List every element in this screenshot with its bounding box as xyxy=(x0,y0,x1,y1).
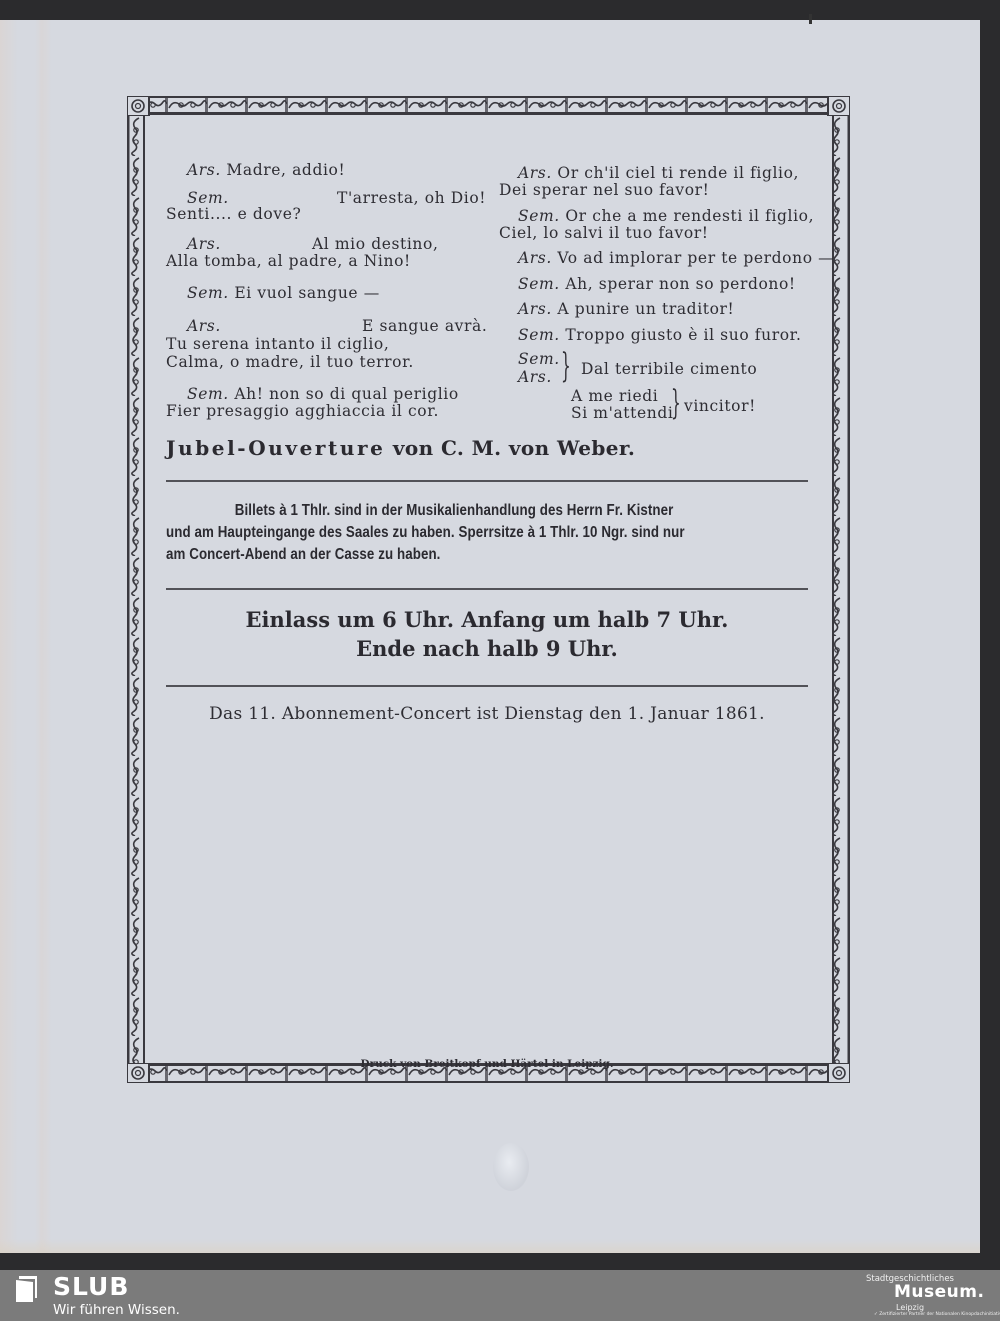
verse-text: T'arresta, oh Dio! xyxy=(337,189,486,207)
libretto-line: Sem. Ah! non so di qual periglio xyxy=(187,385,459,403)
libretto-line: Ars. A punire un traditor! xyxy=(518,300,734,318)
divider xyxy=(166,480,808,482)
role-label: Ars. xyxy=(518,164,552,182)
libretto-line: Sem. Ah, sperar non so perdono! xyxy=(518,275,796,293)
role-label: Sem. xyxy=(187,385,229,403)
overture-title: Jubel-Ouverture von C. M. von Weber. xyxy=(166,436,635,460)
ticket-info: Billets à 1 Thlr. sind in der Musikalien… xyxy=(166,500,720,566)
verse-text: Calma, o madre, il tuo terror. xyxy=(166,353,414,371)
ticket-info-line: Billets à 1 Thlr. sind in der Musikalien… xyxy=(166,500,720,522)
ticket-info-line: am Concert-Abend an der Casse zu haben. xyxy=(166,544,720,566)
libretto-line: Sem. Troppo giusto è il suo furor. xyxy=(518,326,801,344)
duet-line: Dal terribile cimento xyxy=(581,360,757,378)
viewer-footer: SLUB Wir führen Wissen. Stadtgeschichtli… xyxy=(0,1270,1000,1321)
verse-text: Alla tomba, al padre, a Nino! xyxy=(166,252,411,270)
brace-icon: } xyxy=(561,346,571,386)
printer-imprint: Druck von Breitkopf und Härtel in Leipzi… xyxy=(166,1058,808,1070)
libretto-line: Ars. Or ch'il ciel ti rende il figlio, xyxy=(518,164,799,182)
duet-ending: vincitor! xyxy=(684,397,756,415)
verse-text: Or che a me rendesti il figlio, xyxy=(565,207,814,225)
verse-text: Dei sperar nel suo favor! xyxy=(499,181,709,199)
end-time: Ende nach halb 9 Uhr. xyxy=(166,636,808,661)
libretto-line: Alla tomba, al padre, a Nino! xyxy=(166,252,411,270)
document-content: Ars. Madre, addio! Sem. T'arresta, oh Di… xyxy=(0,0,1000,1321)
duet-split-line: Si m'attendi xyxy=(571,404,673,422)
next-concert-notice: Das 11. Abonnement-Concert ist Dienstag … xyxy=(166,704,808,724)
role-label: Ars. xyxy=(187,317,221,335)
museum-city: Leipzig xyxy=(896,1303,924,1312)
role-label: Sem. xyxy=(518,326,560,344)
slub-tagline: Wir führen Wissen. xyxy=(53,1302,180,1318)
verse-text: Ciel, lo salvi il tuo favor! xyxy=(499,224,709,242)
museum-logo-text[interactable]: Museum. xyxy=(894,1282,984,1302)
verse-text: Al mio destino, xyxy=(312,235,438,253)
role-label: Ars. xyxy=(518,300,552,318)
verse-text: Ah, sperar non so perdono! xyxy=(565,275,795,293)
role-label: Sem. xyxy=(187,284,229,302)
libretto-line: E sangue avrà. xyxy=(362,317,487,335)
role-label: Sem. xyxy=(518,275,560,293)
verse-text: Ei vuol sangue — xyxy=(234,284,379,302)
libretto-line: Ars. Madre, addio! xyxy=(187,161,345,179)
libretto-line: Senti.... e dove? xyxy=(166,205,301,223)
museum-certification: ✓ Zertifizierter Partner der Nationalen … xyxy=(874,1312,1000,1317)
verse-text: Fier presaggio agghiaccia il cor. xyxy=(166,402,439,420)
slub-logo-text[interactable]: SLUB xyxy=(53,1272,129,1301)
overture-composer: von C. M. von Weber. xyxy=(393,436,635,460)
libretto-line: Ars. xyxy=(187,317,221,335)
brace-icon: } xyxy=(671,383,681,423)
embossed-seal-icon xyxy=(493,1143,529,1191)
libretto-line: Tu serena intanto il ciglio, xyxy=(166,335,389,353)
libretto-line: Sem. Or che a me rendesti il figlio, xyxy=(518,207,814,225)
role-label: Ars. xyxy=(187,161,221,179)
libretto-line: Calma, o madre, il tuo terror. xyxy=(166,353,414,371)
slub-logo-icon xyxy=(13,1274,41,1304)
libretto-line: Dei sperar nel suo favor! xyxy=(499,181,709,199)
divider xyxy=(166,588,808,590)
duet-role-label: Sem. xyxy=(518,350,560,368)
verse-text: A punire un traditor! xyxy=(557,300,734,318)
verse-text: E sangue avrà. xyxy=(362,317,487,335)
duet-split-line: A me riedi xyxy=(571,387,658,405)
duet-role-label: Ars. xyxy=(518,368,552,386)
verse-text: Madre, addio! xyxy=(226,161,345,179)
ticket-info-line: und am Haupteingange des Saales zu haben… xyxy=(166,522,720,544)
libretto-line: T'arresta, oh Dio! xyxy=(337,189,486,207)
verse-text: Or ch'il ciel ti rende il figlio, xyxy=(557,164,799,182)
libretto-line: Ars. xyxy=(187,235,221,253)
role-label: Ars. xyxy=(187,235,221,253)
role-label: Sem. xyxy=(518,207,560,225)
verse-text: Ah! non so di qual periglio xyxy=(234,385,458,403)
libretto-line: Al mio destino, xyxy=(312,235,438,253)
verse-text: Tu serena intanto il ciglio, xyxy=(166,335,389,353)
role-label: Ars. xyxy=(518,249,552,267)
libretto-line: Sem. Ei vuol sangue — xyxy=(187,284,380,302)
verse-text: Senti.... e dove? xyxy=(166,205,301,223)
verse-text: Vo ad implorar per te perdono — xyxy=(557,249,834,267)
libretto-line: Fier presaggio agghiaccia il cor. xyxy=(166,402,439,420)
libretto-line: Ars. Vo ad implorar per te perdono — xyxy=(518,249,834,267)
verse-text: Troppo giusto è il suo furor. xyxy=(565,326,801,344)
divider xyxy=(166,685,808,687)
admission-times: Einlass um 6 Uhr. Anfang um halb 7 Uhr. xyxy=(166,607,808,632)
libretto-line: Ciel, lo salvi il tuo favor! xyxy=(499,224,709,242)
overture-name: Jubel-Ouverture xyxy=(166,436,386,460)
